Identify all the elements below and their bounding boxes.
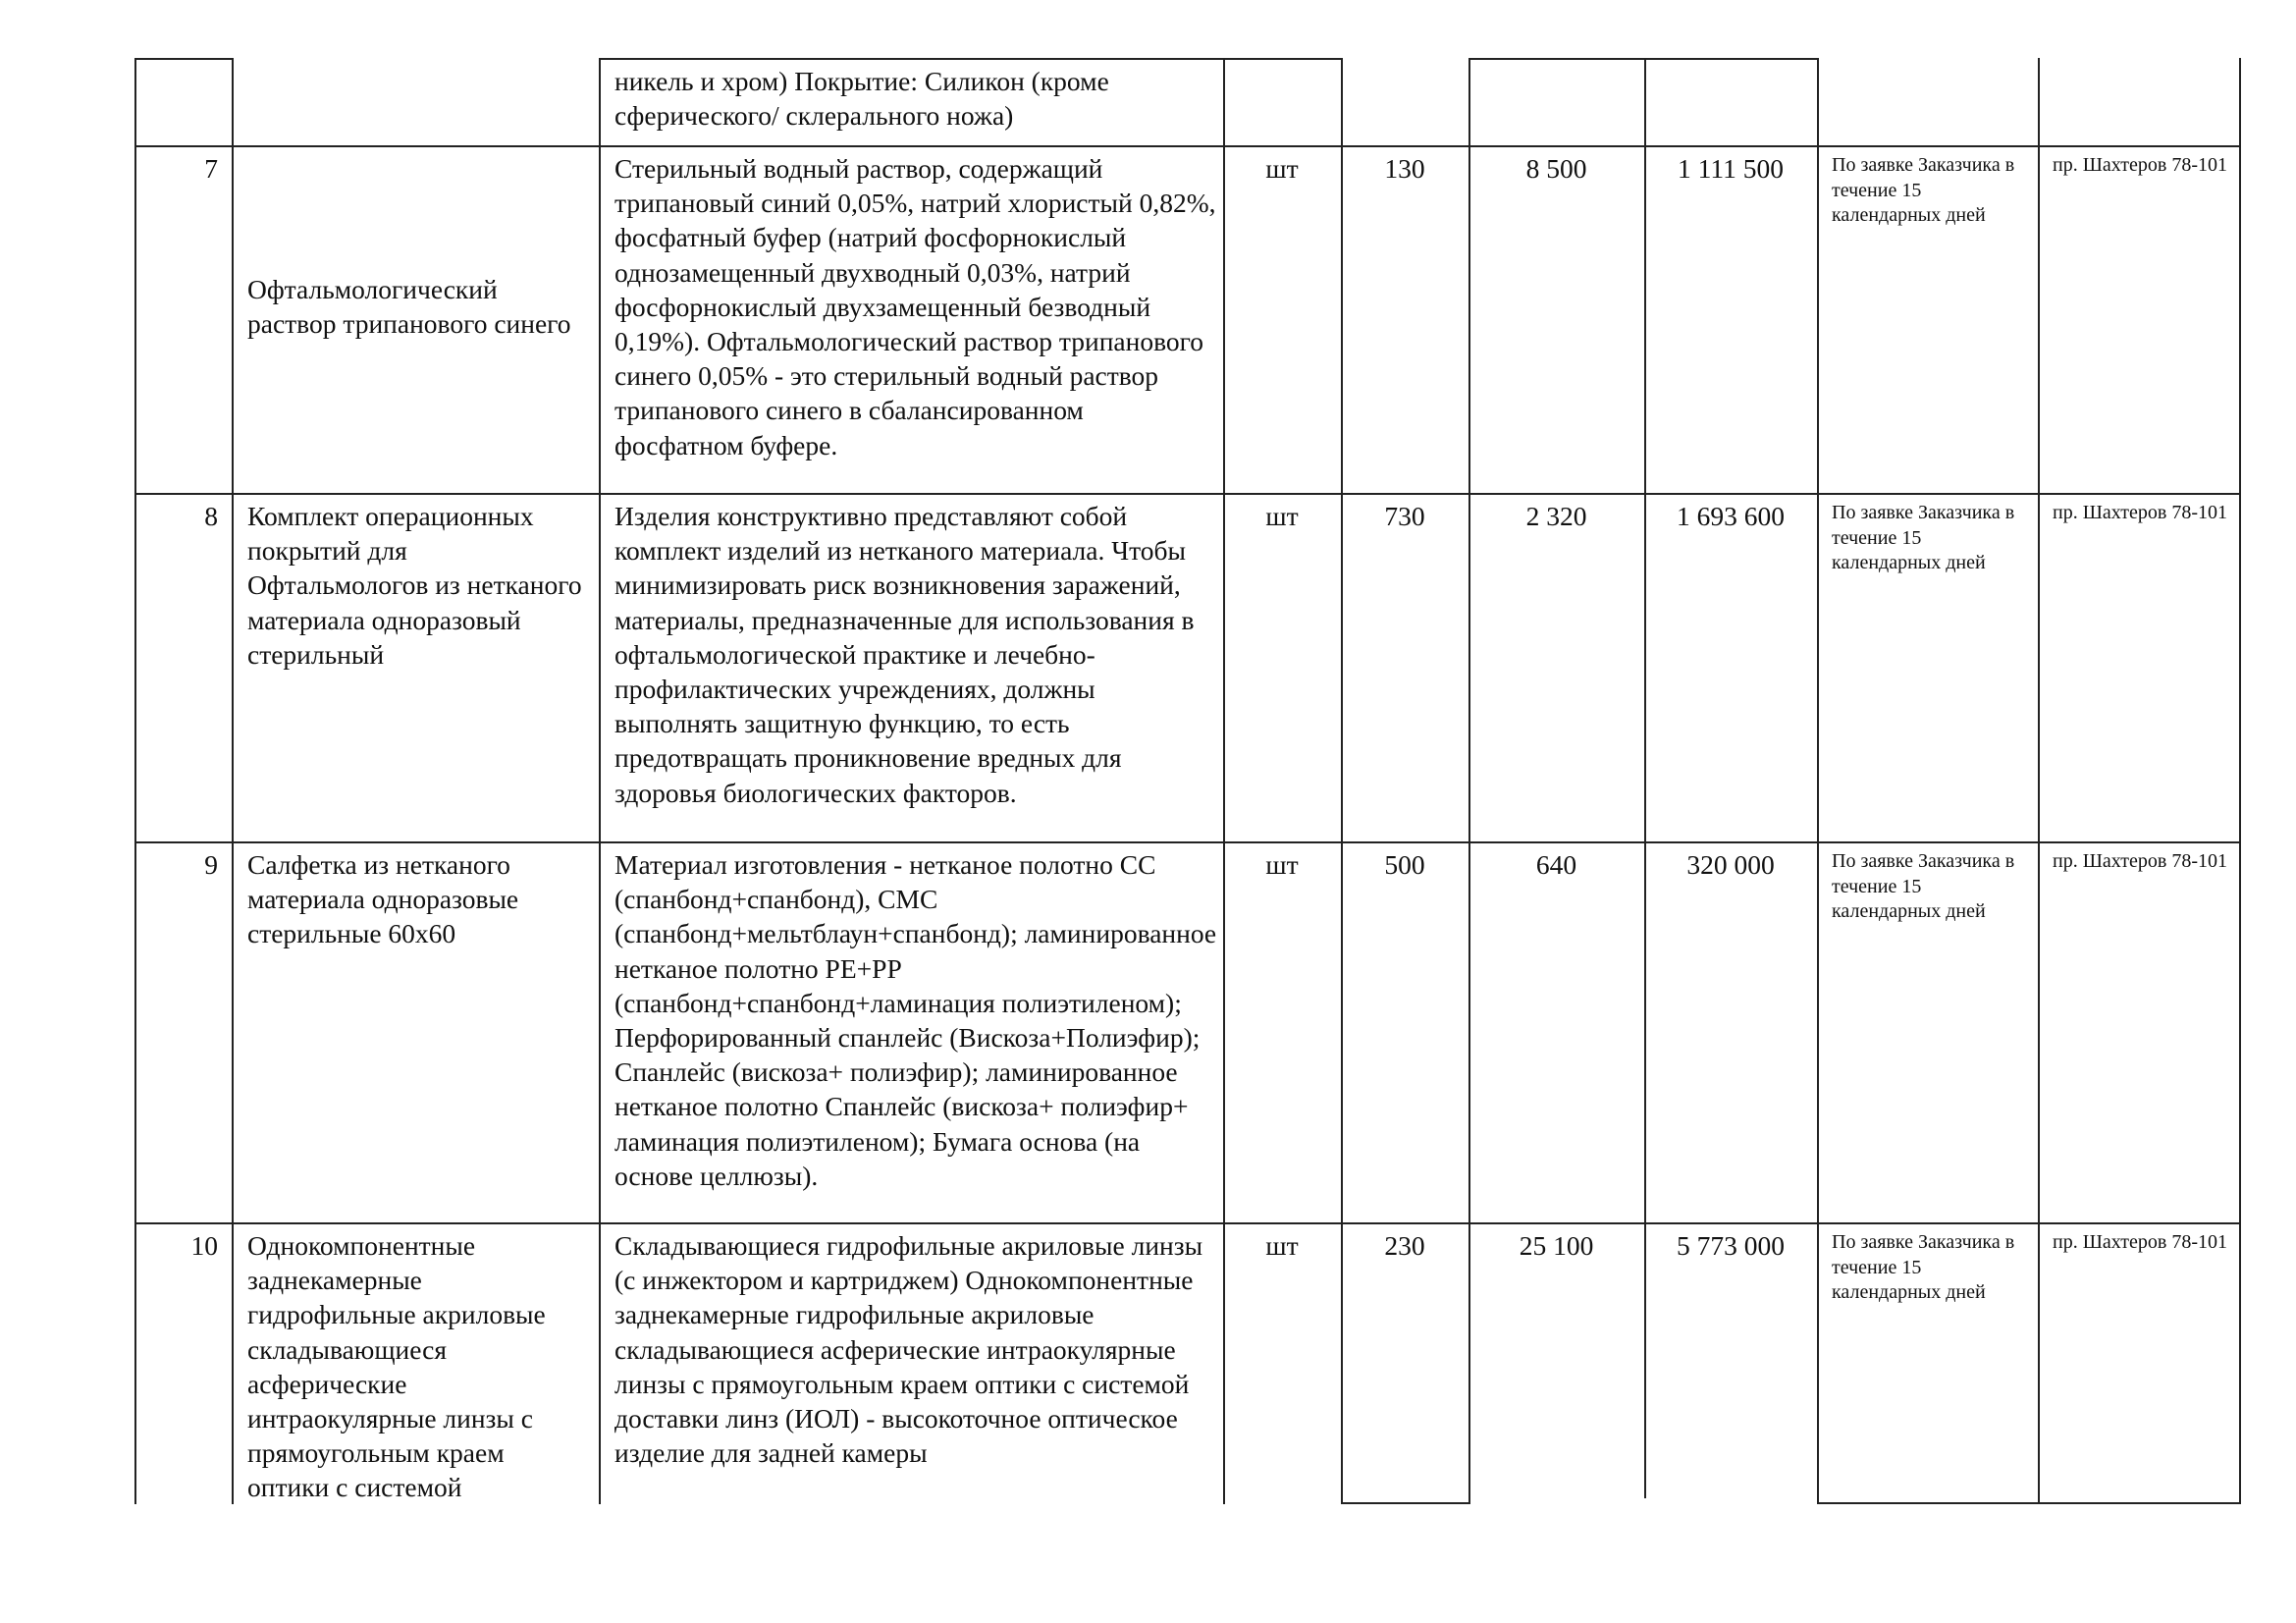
row-number-cell: 10 bbox=[134, 1228, 232, 1502]
delivery-address-cell: пр. Шахтеров 78-101 bbox=[2038, 849, 2239, 1224]
total-cell: 1 111 500 bbox=[1644, 151, 1817, 493]
delivery-terms-cell: По заявке Заказчика в течение 15 календа… bbox=[1817, 153, 2038, 495]
row-number-cell: 9 bbox=[134, 847, 232, 1222]
item-name-cell: Комплект операционных покрытий для Офтал… bbox=[232, 499, 599, 841]
unit-cell: шт bbox=[1223, 499, 1341, 841]
price-cell: 8 500 bbox=[1468, 151, 1644, 493]
item-name-cell: Офтальмологический раствор трипанового с… bbox=[232, 151, 599, 493]
continued-description-cell: никель и хром) Покрытие: Силикон (кроме … bbox=[599, 64, 1223, 145]
delivery-terms-cell: По заявке Заказчика в течение 15 календа… bbox=[1817, 849, 2038, 1224]
table-rule bbox=[134, 58, 234, 60]
item-name-cell: Однокомпонентные заднекамерные гидрофиль… bbox=[232, 1228, 599, 1502]
delivery-terms-cell: По заявке Заказчика в течение 15 календа… bbox=[1817, 501, 2038, 843]
table-rule bbox=[2239, 58, 2241, 1504]
price-cell: 640 bbox=[1468, 847, 1644, 1222]
total-cell: 1 693 600 bbox=[1644, 499, 1817, 841]
unit-cell: шт bbox=[1223, 1228, 1341, 1502]
item-description-cell: Стерильный водный раствор, содержащий тр… bbox=[599, 151, 1223, 493]
total-cell: 320 000 bbox=[1644, 847, 1817, 1222]
unit-cell: шт bbox=[1223, 847, 1341, 1222]
delivery-terms-cell: По заявке Заказчика в течение 15 календа… bbox=[1817, 1230, 2038, 1504]
item-name-cell: Салфетка из нетканого материала одноразо… bbox=[232, 847, 599, 1222]
quantity-cell: 130 bbox=[1341, 151, 1468, 493]
row-number-cell: 8 bbox=[134, 499, 232, 841]
item-description-cell: Складывающиеся гидрофильные акриловые ли… bbox=[599, 1228, 1223, 1502]
price-cell: 2 320 bbox=[1468, 499, 1644, 841]
delivery-address-cell: пр. Шахтеров 78-101 bbox=[2038, 501, 2239, 843]
table-rule bbox=[134, 145, 2241, 147]
row-number-cell: 7 bbox=[134, 151, 232, 493]
table-rule bbox=[599, 58, 1343, 60]
item-description-cell: Материал изготовления - нетканое полотно… bbox=[599, 847, 1223, 1222]
table-rule bbox=[1341, 1502, 1470, 1504]
item-description-cell: Изделия конструктивно представляют собой… bbox=[599, 499, 1223, 841]
total-cell: 5 773 000 bbox=[1644, 1228, 1817, 1502]
quantity-cell: 500 bbox=[1341, 847, 1468, 1222]
unit-cell: шт bbox=[1223, 151, 1341, 493]
delivery-address-cell: пр. Шахтеров 78-101 bbox=[2038, 1230, 2239, 1504]
quantity-cell: 230 bbox=[1341, 1228, 1468, 1502]
price-cell: 25 100 bbox=[1468, 1228, 1644, 1502]
quantity-cell: 730 bbox=[1341, 499, 1468, 841]
delivery-address-cell: пр. Шахтеров 78-101 bbox=[2038, 153, 2239, 495]
